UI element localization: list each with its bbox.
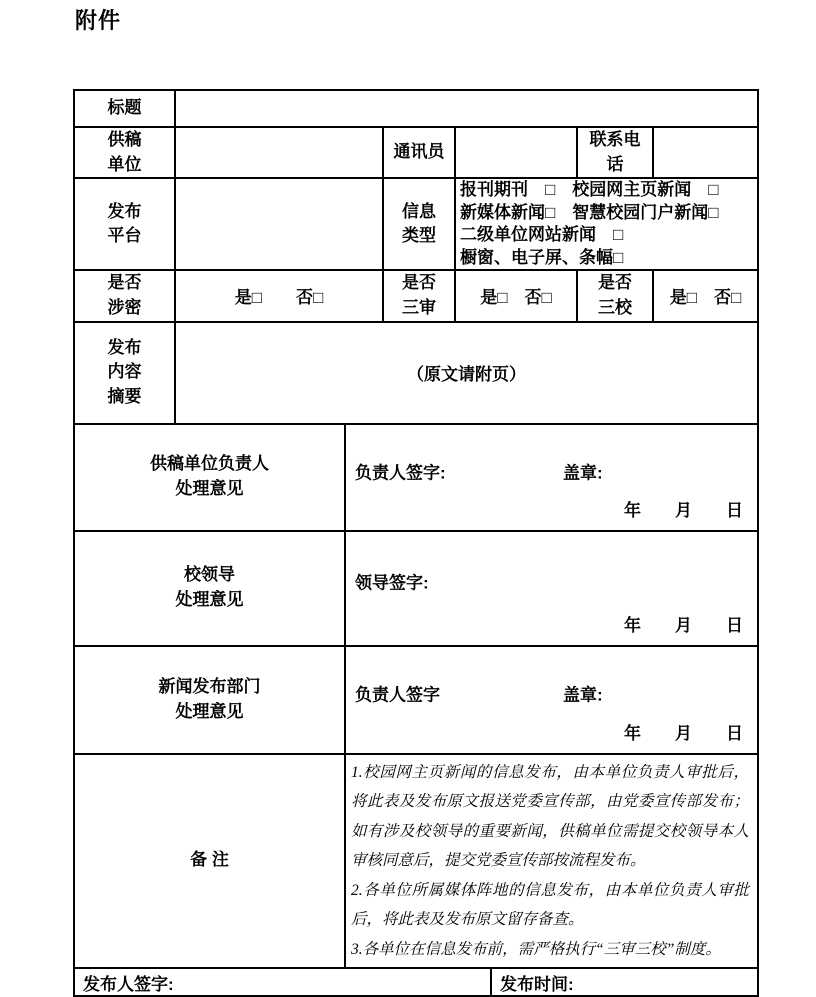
row-news-opinion: 新闻发布部门 处理意见 负责人签字 盖章: 年 月 日 xyxy=(74,646,758,754)
unit-opinion-cell: 负责人签字: 盖章: 年 月 日 xyxy=(345,424,758,531)
remarks-label: 备 注 xyxy=(74,754,345,969)
phone-label: 联系电 话 xyxy=(577,127,653,178)
responsible-sign-label: 负责人签字 xyxy=(355,681,563,706)
news-opinion-label: 新闻发布部门 处理意见 xyxy=(74,646,345,754)
source-unit-value-cell xyxy=(175,127,383,178)
row-secrecy: 是否 涉密 是□ 否□ 是否 三审 是□ 否□ 是否 三校 是□ 否□ xyxy=(74,270,758,321)
leader-opinion-cell: 领导签字: 年 月 日 xyxy=(345,531,758,646)
info-type-option-line: 二级单位网站新闻 □ xyxy=(456,224,757,247)
responsible-sign-label: 负责人签字: xyxy=(355,458,563,483)
title-label: 标题 xyxy=(74,90,175,127)
date-line: 年 月 日 xyxy=(624,611,743,636)
row-title: 标题 xyxy=(74,90,758,127)
news-opinion-cell: 负责人签字 盖章: 年 月 日 xyxy=(345,646,758,754)
row-leader-opinion: 校领导 处理意见 领导签字: 年 月 日 xyxy=(74,531,758,646)
row-source: 供稿 单位 通讯员 联系电 话 xyxy=(74,127,758,178)
info-type-option-line: 橱窗、电子屏、条幅□ xyxy=(456,247,757,270)
document-page: 附件 标题 供稿 单位 通讯员 联系电 话 发布 平台 信息 类型 报刊期刊 □… xyxy=(0,0,816,959)
sign-line: 负责人签字: 盖章: xyxy=(355,458,749,483)
title-value-cell xyxy=(175,90,758,127)
three-proof-label: 是否 三校 xyxy=(577,270,653,321)
summary-label: 发布 内容 摘要 xyxy=(74,322,175,424)
row-remarks: 备 注 1.校园网主页新闻的信息发布，由本单位负责人审批后，将此表及发布原文报送… xyxy=(74,754,758,969)
correspondent-label: 通讯员 xyxy=(383,127,455,178)
page-title: 附件 xyxy=(75,4,121,35)
remark-item: 3.各单位在信息发布前，需严格执行“三审三校”制度。 xyxy=(351,935,749,965)
platform-value-cell xyxy=(175,178,383,270)
seal-label: 盖章: xyxy=(563,681,603,706)
row-platform: 发布 平台 信息 类型 报刊期刊 □ 校园网主页新闻 □ 新媒体新闻□ 智慧校园… xyxy=(74,178,758,270)
date-line: 年 月 日 xyxy=(624,496,743,521)
sign-line: 领导签字: xyxy=(355,569,749,594)
platform-label: 发布 平台 xyxy=(74,178,175,270)
row-footer: 发布人签字: 发布时间: xyxy=(74,968,758,996)
info-type-option-line: 报刊期刊 □ 校园网主页新闻 □ xyxy=(456,179,757,202)
source-unit-label: 供稿 单位 xyxy=(74,127,175,178)
remark-item: 2.各单位所属媒体阵地的信息发布，由本单位负责人审批后，将此表及发布原文留存备查… xyxy=(351,876,749,935)
publisher-sign-label: 发布人签字: xyxy=(74,968,491,996)
three-proof-options: 是□ 否□ xyxy=(653,270,758,321)
three-review-label: 是否 三审 xyxy=(383,270,455,321)
unit-opinion-label: 供稿单位负责人 处理意见 xyxy=(74,424,345,531)
info-type-option-line: 新媒体新闻□ 智慧校园门户新闻□ xyxy=(456,202,757,225)
correspondent-value-cell xyxy=(455,127,577,178)
summary-value-cell: （原文请附页） xyxy=(175,322,758,424)
remark-item: 1.校园网主页新闻的信息发布，由本单位负责人审批后，将此表及发布原文报送党委宣传… xyxy=(351,758,749,876)
news-release-form-table: 标题 供稿 单位 通讯员 联系电 话 发布 平台 信息 类型 报刊期刊 □ 校园… xyxy=(73,89,759,997)
secrecy-options: 是□ 否□ xyxy=(175,270,383,321)
three-review-options: 是□ 否□ xyxy=(455,270,577,321)
remarks-content-cell: 1.校园网主页新闻的信息发布，由本单位负责人审批后，将此表及发布原文报送党委宣传… xyxy=(345,754,758,969)
publish-time-label: 发布时间: xyxy=(491,968,758,996)
secrecy-label: 是否 涉密 xyxy=(74,270,175,321)
phone-value-cell xyxy=(653,127,758,178)
row-unit-opinion: 供稿单位负责人 处理意见 负责人签字: 盖章: 年 月 日 xyxy=(74,424,758,531)
date-line: 年 月 日 xyxy=(624,719,743,744)
leader-opinion-label: 校领导 处理意见 xyxy=(74,531,345,646)
info-type-options-cell: 报刊期刊 □ 校园网主页新闻 □ 新媒体新闻□ 智慧校园门户新闻□ 二级单位网站… xyxy=(455,178,758,270)
leader-sign-label: 领导签字: xyxy=(355,569,563,594)
info-type-label: 信息 类型 xyxy=(383,178,455,270)
row-summary: 发布 内容 摘要 （原文请附页） xyxy=(74,322,758,424)
sign-line: 负责人签字 盖章: xyxy=(355,681,749,706)
seal-label: 盖章: xyxy=(563,458,603,483)
